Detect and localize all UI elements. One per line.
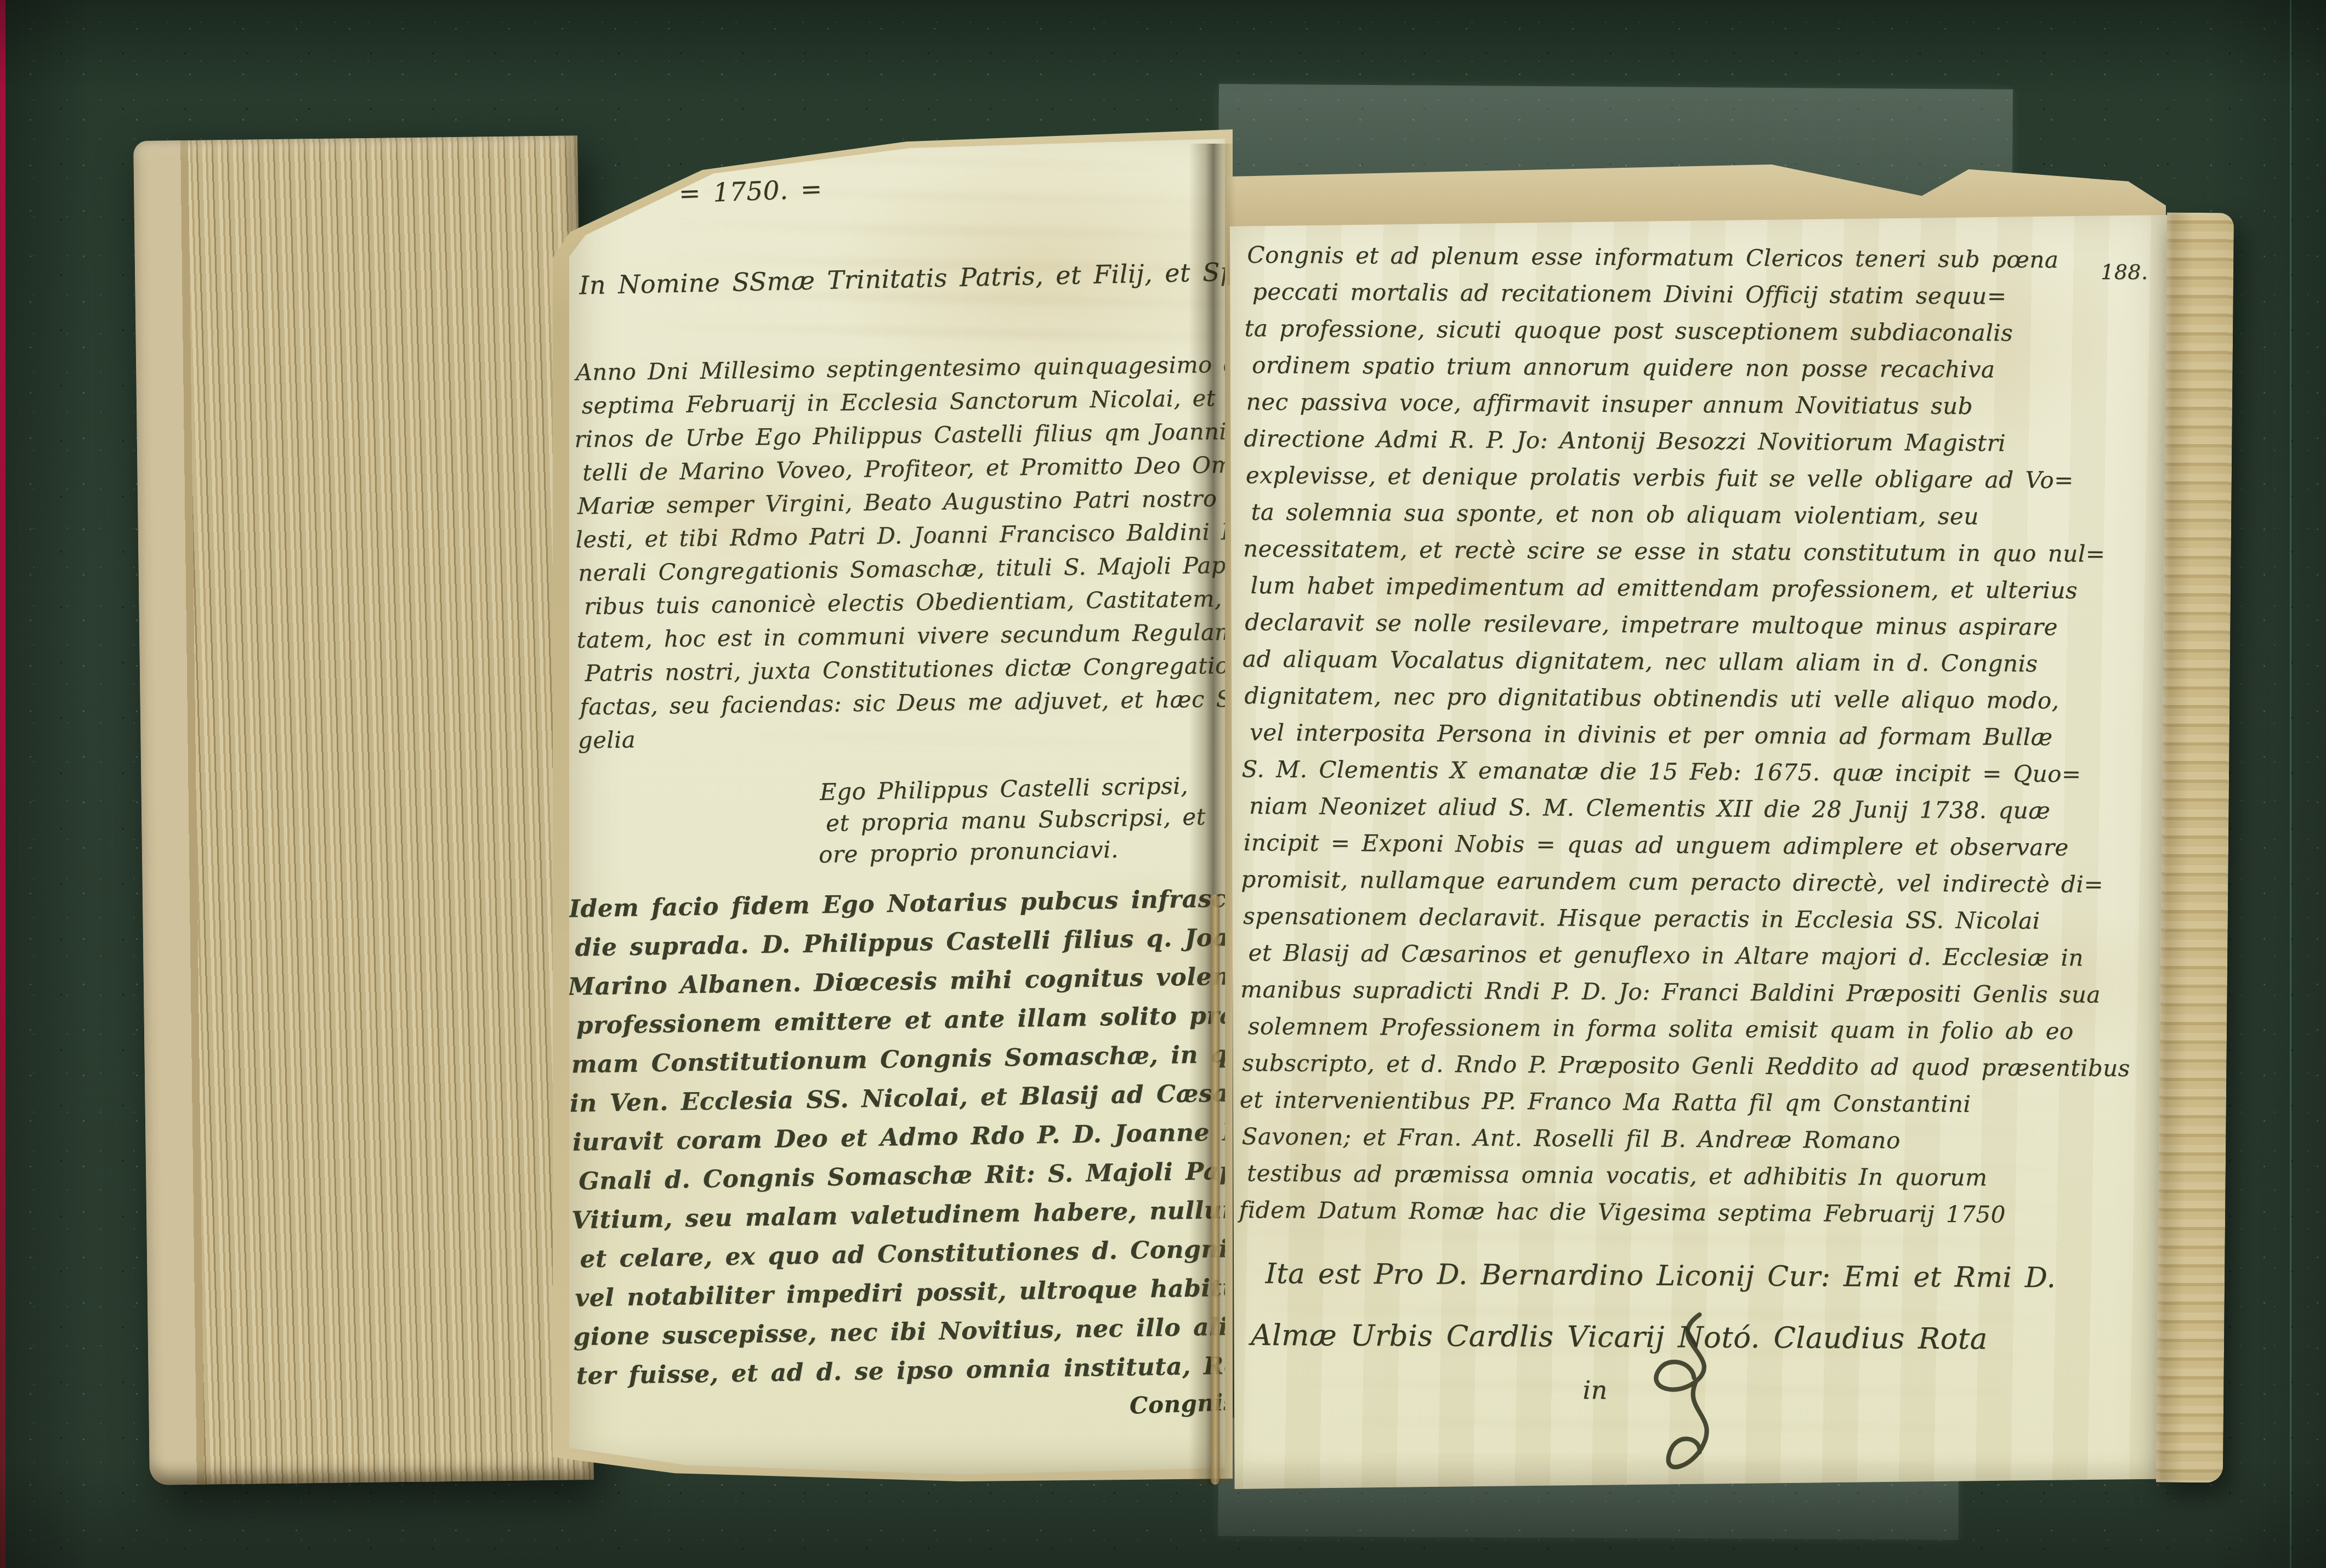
manuscript-line: manibus supradicti Rndi P. D. Jo: Franci… bbox=[1240, 971, 2131, 1013]
right-fore-edge bbox=[2156, 213, 2234, 1483]
manuscript-line: explevisse, et denique prolatis verbis f… bbox=[1246, 457, 2134, 499]
manuscript-line: spensationem declaravit. Hisque peractis… bbox=[1243, 897, 2131, 940]
left-page-stack-edges bbox=[133, 135, 594, 1485]
photo-backdrop: = 1750. = In Nomine SSmæ Trinitatis Patr… bbox=[0, 0, 2326, 1568]
manuscript-line: lum habet impedimentum ad emittendam pro… bbox=[1250, 567, 2133, 609]
manuscript-line: necessitatem, et rectè scire se esse in … bbox=[1243, 530, 2134, 572]
left-page: = 1750. = In Nomine SSmæ Trinitatis Patr… bbox=[569, 136, 1225, 1476]
manuscript-line: incipit = Exponi Nobis = quas ad unguem … bbox=[1244, 824, 2132, 866]
manuscript-line: Congnis et ad plenum esse informatum Cle… bbox=[1247, 236, 2135, 279]
manuscript-line: fidem Datum Romæ hac die Vigesima septim… bbox=[1239, 1191, 2129, 1234]
manuscript-line: ta professione, sicuti quoque post susce… bbox=[1244, 310, 2135, 352]
manuscript-line: solemnem Professionem in forma solita em… bbox=[1248, 1008, 2131, 1050]
manuscript-line: ta solemnia sua sponte, et non ob aliqua… bbox=[1251, 493, 2134, 536]
manuscript-line: nec passiva voce, affirmavit insuper ann… bbox=[1246, 383, 2134, 425]
manuscript-line: S. M. Clementis X emanatæ die 15 Feb: 16… bbox=[1241, 751, 2132, 793]
manuscript-line: et intervenientibus PP. Franco Ma Ratta … bbox=[1240, 1081, 2130, 1123]
manuscript-line: subscripto, et d. Rndo P. Præposito Genl… bbox=[1242, 1044, 2130, 1087]
right-page: 188. Congnis et ad plenum esse informatu… bbox=[1230, 215, 2172, 1489]
scan-edge-teal-line bbox=[2290, 0, 2291, 1568]
act-body-paragraph: Congnis et ad plenum esse informatum Cle… bbox=[1241, 236, 2135, 1234]
manuscript-line: directione Admi R. P. Jo: Antonij Besozz… bbox=[1244, 420, 2134, 462]
manuscript-line: Savonen; et Fran. Ant. Roselli fil B. An… bbox=[1241, 1118, 2130, 1160]
manuscript-line: vel interposita Persona in divinis et pe… bbox=[1250, 714, 2132, 756]
subscription-block: Ego Philippus Castelli scripsi,et propri… bbox=[820, 770, 1207, 870]
notary-paraph-flourish bbox=[1614, 1309, 1762, 1490]
manuscript-line: et propria manu Subscripsi, et bbox=[826, 801, 1206, 839]
manuscript-line: ordinem spatio trium annorum quidere non… bbox=[1252, 346, 2135, 389]
scan-edge-red-stripe bbox=[0, 0, 5, 1568]
manuscript-line: dignitatem, nec pro dignitatibus obtinen… bbox=[1244, 677, 2132, 719]
manuscript-line: ore proprio pronunciavi. bbox=[819, 832, 1207, 870]
manuscript-line: et Blasij ad Cæsarinos et genuflexo in A… bbox=[1248, 934, 2131, 976]
manuscript-line: promisit, nullamque earundem cum peracto… bbox=[1241, 861, 2131, 903]
manuscript-line: ad aliquam Vocalatus dignitatem, nec ull… bbox=[1243, 640, 2133, 683]
manuscript-line: peccati mortalis ad recitationem Divini … bbox=[1252, 273, 2135, 315]
manuscript-line: declaravit se nolle resilevare, impetrar… bbox=[1245, 604, 2133, 646]
manuscript-line: Ita est Pro D. Bernardino Liconij Cur: E… bbox=[1265, 1243, 2056, 1309]
manuscript-line: testibus ad præmissa omnia vocatis, et a… bbox=[1247, 1155, 2130, 1197]
manuscript-line: niam Neonizet aliud S. M. Clementis XII … bbox=[1249, 787, 2132, 830]
book-gutter-shadow bbox=[1189, 144, 1236, 1485]
